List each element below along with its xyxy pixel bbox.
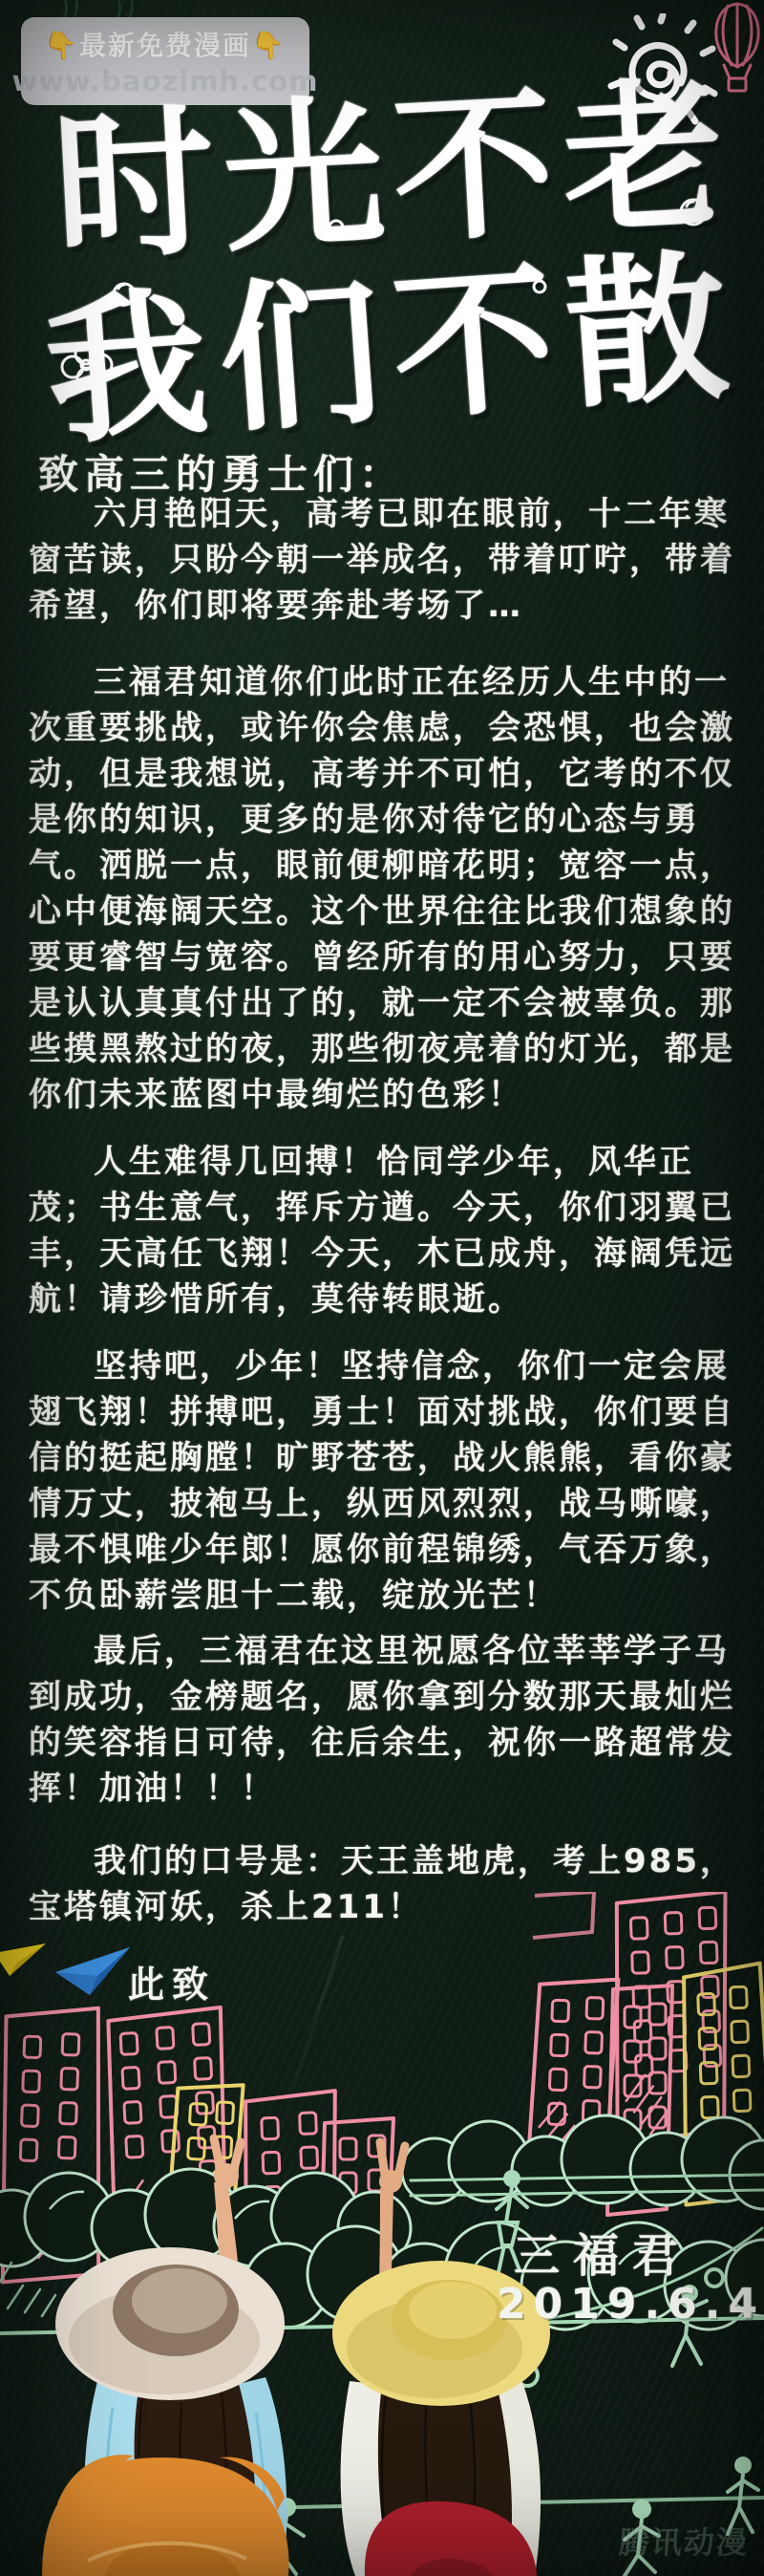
poster-root: 👇最新免费漫画👇 www.baozimh.com 时光不老 我们不散	[0, 0, 764, 2576]
platform-watermark: 腾讯动漫	[617, 2519, 750, 2563]
letter-paragraph-5: 最后，三福君在这里祝愿各位莘莘学子马到成功，金榜题名，愿你拿到分数那天最灿烂的笑…	[29, 1628, 737, 1812]
signature-date: 2019.6.4	[497, 2280, 764, 2329]
site-watermark-slogan: 👇最新免费漫画👇	[44, 25, 286, 63]
chalk-grass-icon	[0, 2263, 55, 2316]
letter-paragraph-2: 三福君知道你们此时正在经历人生中的一次重要挑战，或许你会焦虑，会恐惧，也会激动，…	[29, 659, 737, 1118]
letter-paragraph-4: 坚持吧，少年！坚持信念，你们一定会展翅飞翔！拼搏吧，勇士！面对挑战，你们要自信的…	[29, 1343, 737, 1619]
letter-paragraph-3: 人生难得几回搏！恰同学少年，风华正茂；书生意气，挥斥方遒。今天，你们羽翼已丰，天…	[29, 1139, 737, 1322]
bubble-doodles-icon	[0, 172, 764, 459]
letter-paragraph-1: 六月艳阳天，高考已即在眼前，十二年寒窗苦读，只盼今朝一举成名，带着叮咛，带着希望…	[29, 491, 737, 629]
signature-name: 三福君	[514, 2219, 691, 2285]
